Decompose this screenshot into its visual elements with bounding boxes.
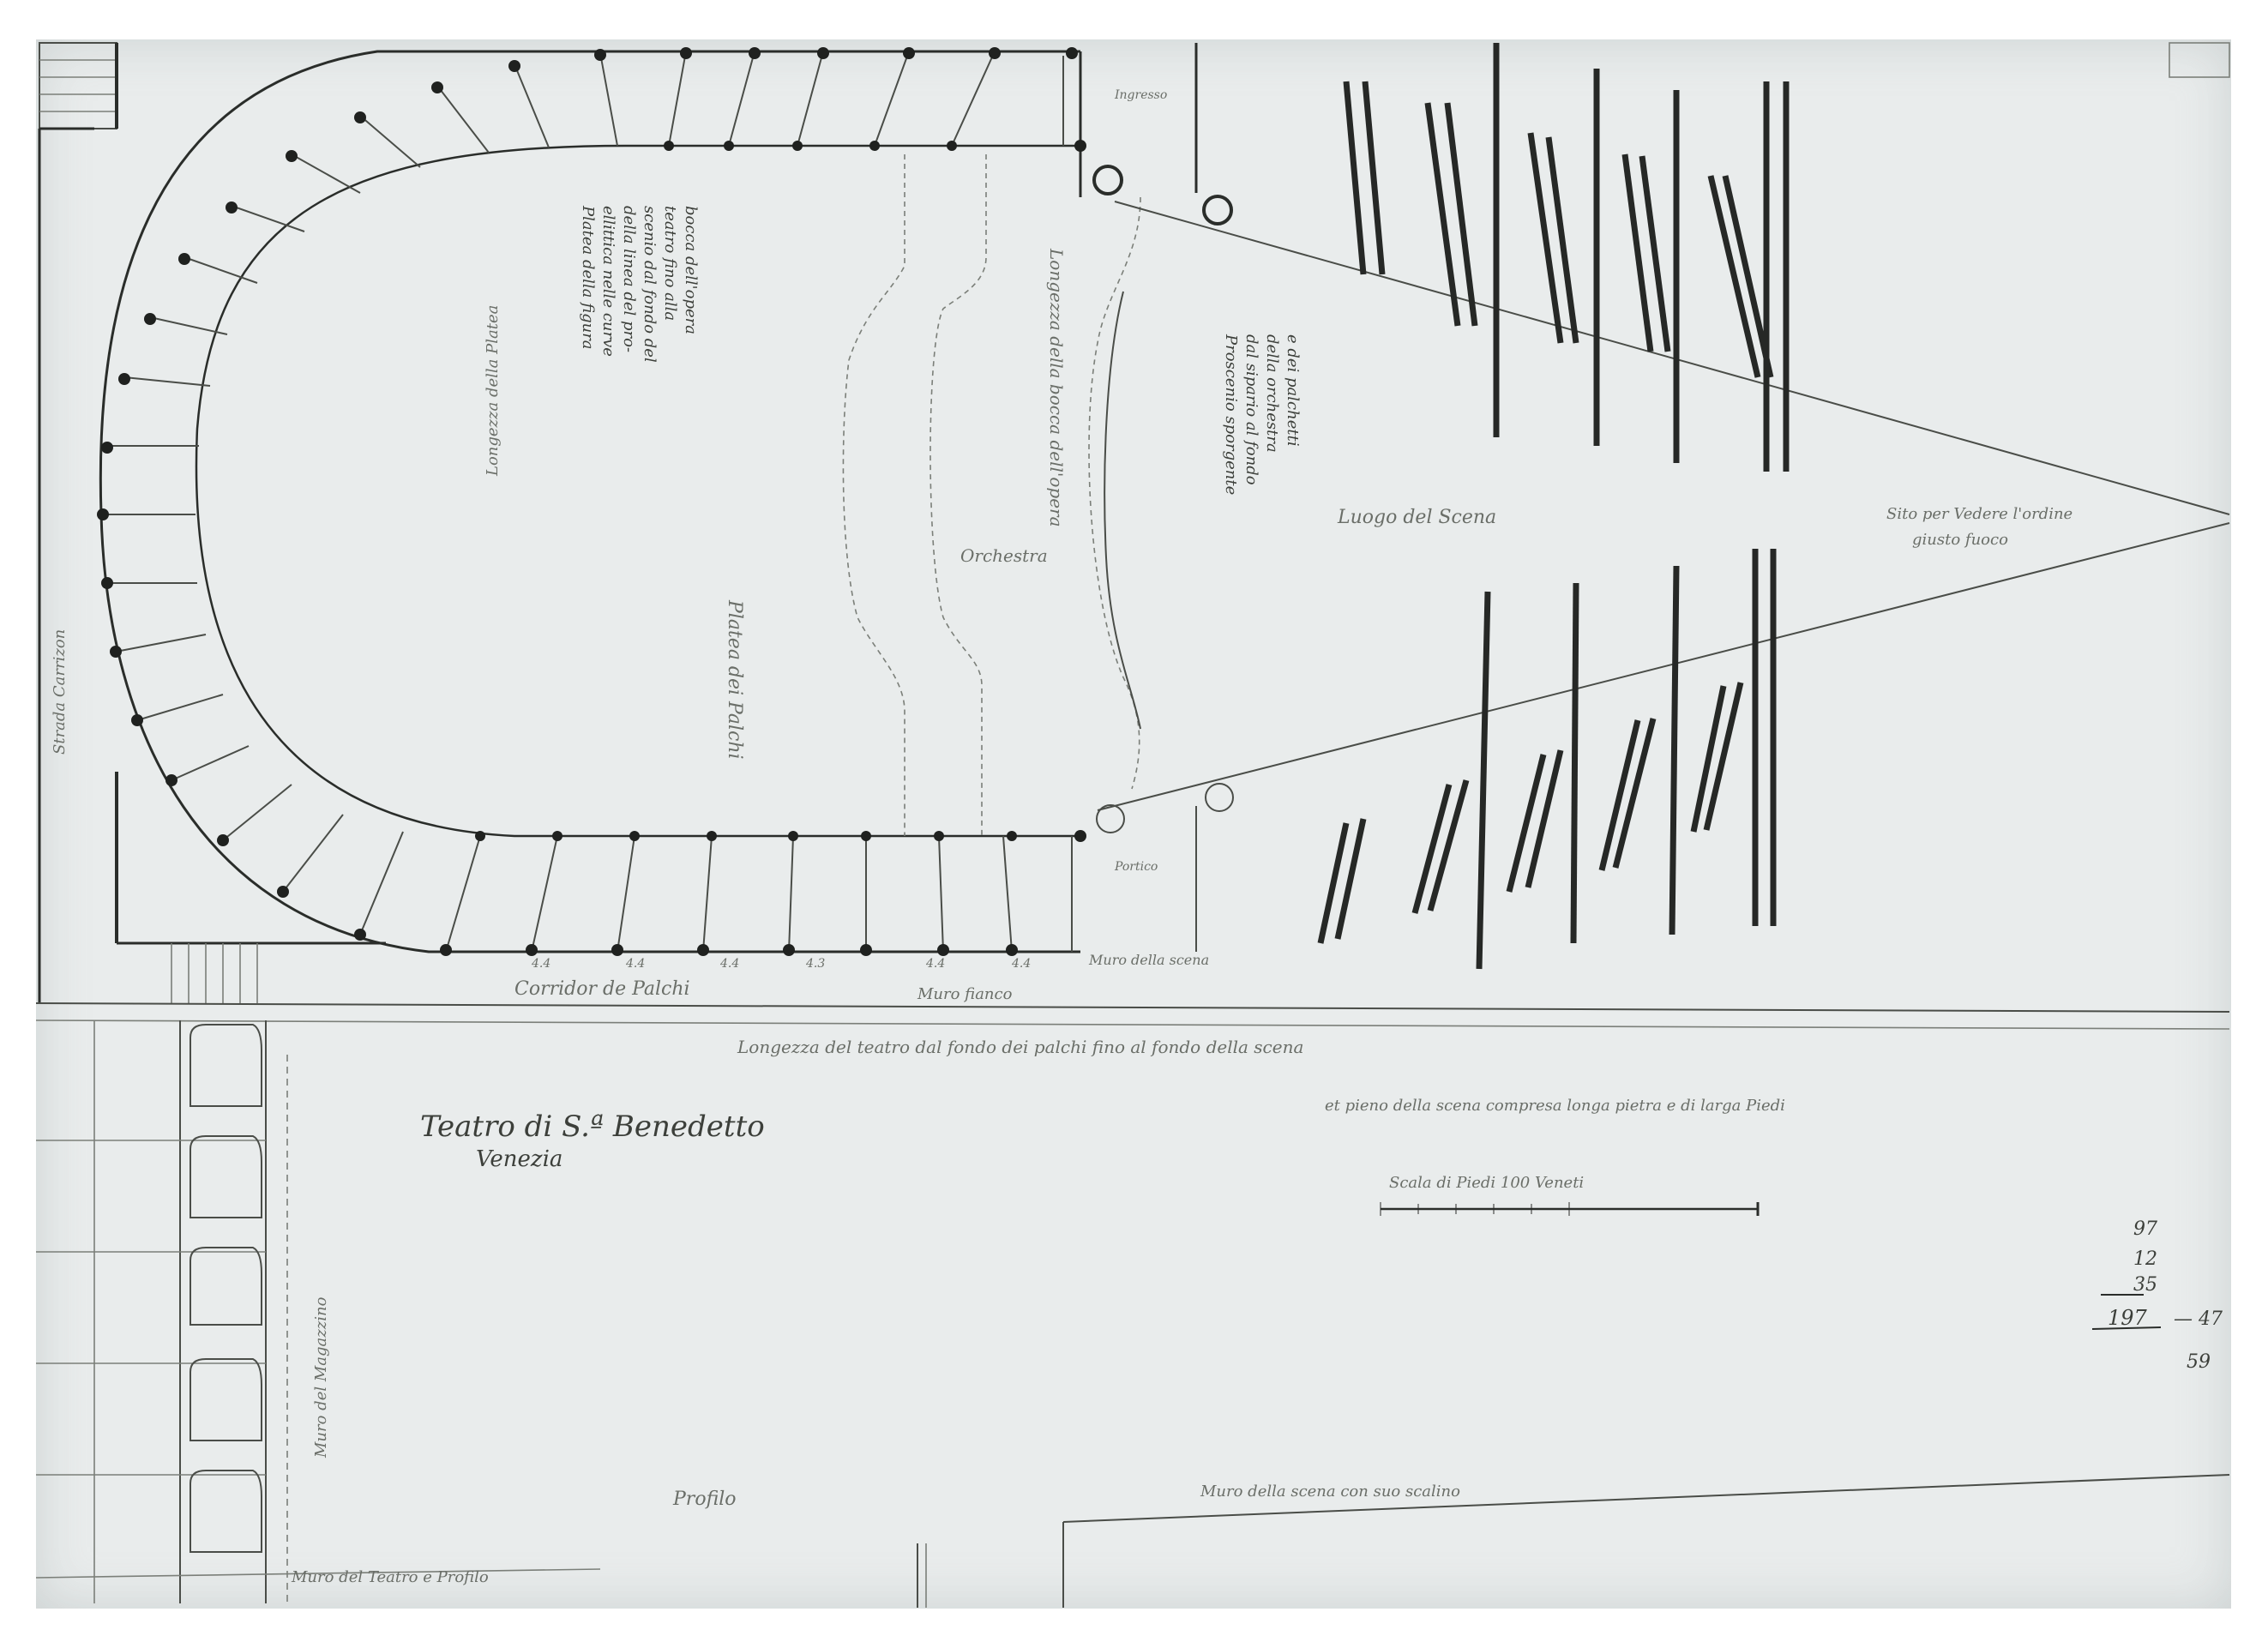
- stair-block-top-left: [39, 43, 117, 129]
- street-label-group: Strada Carrizon: [51, 629, 69, 755]
- auditorium-note-line: Platea della figura: [579, 205, 597, 350]
- auditorium-length-label: Longezza della Platea: [484, 305, 502, 477]
- title-line-2: Venezia: [476, 1146, 562, 1172]
- proscenium-note-line: e dei palchetti: [1284, 334, 1302, 447]
- calc-number: 197: [2108, 1306, 2148, 1330]
- theater-floor-plan: Teatro di S.ª Benedetto Venezia Longezza…: [0, 0, 2268, 1642]
- calc-number: — 47: [2174, 1308, 2223, 1330]
- profile-section: [36, 1475, 2229, 1608]
- arcade-section: [36, 1020, 287, 1603]
- calc-number: 35: [2133, 1274, 2157, 1296]
- auditorium-center-label: Platea dei Palchi: [724, 599, 745, 760]
- bottom-dimension-label: Longezza del teatro dal fondo dei palchi…: [737, 1037, 1303, 1057]
- scale-bar: [1381, 1202, 1758, 1216]
- stage-wings-lower: [1320, 549, 1773, 969]
- stair-block-top-right: [2169, 43, 2229, 77]
- auditorium-note-line: della linea del pro-: [620, 206, 638, 352]
- proscenium-note-line: dal sipario al fondo: [1242, 334, 1260, 485]
- wall-label-lower: Muro della scena: [1088, 952, 1209, 968]
- scale-label: Scala di Piedi 100 Veneti: [1389, 1174, 1584, 1192]
- auditorium-note-line: bocca dell'opera: [682, 206, 700, 334]
- portico-note: Portico: [1114, 860, 1158, 874]
- proscenium-note-line: Proscenio sporgente: [1222, 334, 1240, 495]
- vertical-side-note-group: Muro del Magazzino: [312, 1296, 330, 1459]
- stair-block-bottom-left: [171, 943, 257, 1003]
- auditorium-outer-wall: [100, 51, 1080, 952]
- upper-right-note: et pieno della scena compresa longa piet…: [1325, 1097, 1785, 1115]
- proscenium-columns: [1094, 43, 1233, 952]
- proscenium-note-line: della orchestra: [1263, 334, 1281, 453]
- street-label: Strada Carrizon: [51, 629, 69, 755]
- proscenium-label-group: Longezza della bocca dell'opera: [1046, 248, 1067, 527]
- lower-wall-label: Muro fianco: [917, 985, 1013, 1003]
- box-measure: 4.4: [625, 957, 645, 971]
- box-measurements: 4.4 4.4 4.4 4.3 4.4 4.4: [531, 957, 1031, 971]
- section-divider: [36, 1003, 2229, 1012]
- auditorium-notes-group: Platea della figura ellittica nelle curv…: [579, 205, 700, 363]
- auditorium-note-line: scenio dal fondo del: [641, 206, 659, 363]
- proscenium-notes-group: Proscenio sporgente dal sipario al fondo…: [1222, 334, 1302, 495]
- box-measure: 4.3: [805, 957, 825, 971]
- calc-number: 12: [2133, 1248, 2157, 1270]
- calc-number: 59: [2187, 1351, 2211, 1373]
- orchestra-label: Orchestra: [960, 545, 1048, 566]
- stage-center-label: Luogo del Scena: [1337, 507, 1496, 528]
- profile-label: Profilo: [672, 1489, 737, 1510]
- calc-number: 97: [2133, 1218, 2157, 1240]
- corridor-label: Corridor de Palchi: [514, 978, 690, 1000]
- box-measure: 4.4: [531, 957, 550, 971]
- auditorium-length-group: Longezza della Platea: [484, 305, 502, 477]
- box-partitions: [103, 51, 1072, 952]
- box-measure: 4.4: [925, 957, 945, 971]
- bottom-right-label: Muro della scena con suo scalino: [1200, 1483, 1460, 1501]
- auditorium-center-label-group: Platea dei Palchi: [724, 599, 745, 760]
- box-pier-markers: [97, 47, 1086, 956]
- vertical-side-note: Muro del Magazzino: [312, 1296, 330, 1459]
- stage-end-label-2: giusto fuoco: [1912, 531, 2008, 549]
- stage-wings-upper: [1346, 43, 1786, 472]
- auditorium-note-line: ellittica nelle curve: [599, 206, 617, 357]
- auditorium-note-line: teatro fino alla: [661, 206, 679, 321]
- bottom-left-label: Muro del Teatro e Profilo: [291, 1568, 489, 1586]
- title-line-1: Teatro di S.ª Benedetto: [420, 1110, 765, 1144]
- orchestra-outline: [843, 154, 1140, 836]
- box-measure: 4.4: [1011, 957, 1031, 971]
- stage-end-label: Sito per Vedere l'ordine: [1886, 505, 2072, 523]
- proscenium-label: Longezza della bocca dell'opera: [1046, 248, 1067, 527]
- box-measure: 4.4: [719, 957, 739, 971]
- entrance-note: Ingresso: [1114, 88, 1167, 102]
